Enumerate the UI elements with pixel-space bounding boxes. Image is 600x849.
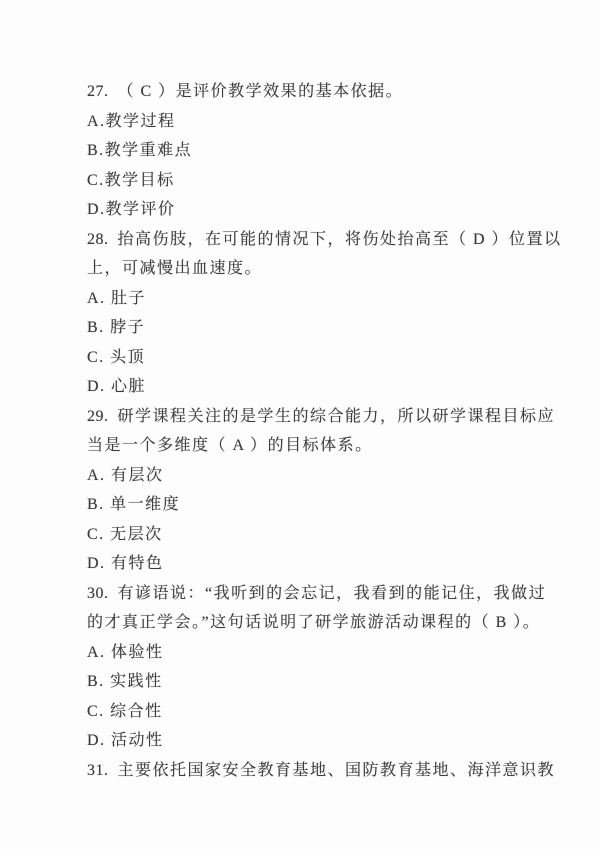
question-30-option-b: B. 实践性 <box>87 667 517 697</box>
question-30-stem-line-1: 30.有谚语说：“我听到的会忘记，我看到的能记住，我做过 <box>87 579 517 609</box>
question-28-option-a: A. 肚子 <box>87 284 517 314</box>
question-28-option-b: B. 脖子 <box>87 313 517 343</box>
question-30-number: 30. <box>87 579 109 609</box>
question-28-stem-text: 抬高伤肢，在可能的情况下，将伤处抬高至（ D ）位置以 <box>118 231 562 248</box>
question-29-stem-text: 研学课程关注的是学生的综合能力，所以研学课程目标应 <box>118 408 556 425</box>
question-30-option-c: C. 综合性 <box>87 697 517 727</box>
question-30-stem-text: 有谚语说：“我听到的会忘记，我看到的能记住，我做过 <box>118 585 547 602</box>
question-31: 31.主要依托国家安全教育基地、国防教育基地、海洋意识教 <box>87 756 517 786</box>
question-27: 27.（ C ）是评价教学效果的基本依据。 A.教学过程 B.教学重难点 C.教… <box>87 77 517 225</box>
question-30: 30.有谚语说：“我听到的会忘记，我看到的能记住，我做过 的才真正学会。”这句话… <box>87 579 517 756</box>
question-29-option-b: B. 单一维度 <box>87 490 517 520</box>
question-28-stem-line-2: 上，可减慢出血速度。 <box>87 254 517 284</box>
question-31-stem-text: 主要依托国家安全教育基地、国防教育基地、海洋意识教 <box>118 762 556 779</box>
question-29-option-d: D. 有特色 <box>87 549 517 579</box>
question-30-option-d: D. 活动性 <box>87 726 517 756</box>
question-27-option-a: A.教学过程 <box>87 107 517 137</box>
question-30-option-a: A. 体验性 <box>87 638 517 668</box>
question-30-stem-line-2: 的才真正学会。”这句话说明了研学旅游活动课程的（ B ）。 <box>87 608 517 638</box>
question-29: 29.研学课程关注的是学生的综合能力，所以研学课程目标应 当是一个多维度（ A … <box>87 402 517 579</box>
question-29-option-c: C. 无层次 <box>87 520 517 550</box>
question-28: 28.抬高伤肢，在可能的情况下，将伤处抬高至（ D ）位置以 上，可减慢出血速度… <box>87 225 517 402</box>
document-page: 27.（ C ）是评价教学效果的基本依据。 A.教学过程 B.教学重难点 C.教… <box>0 0 600 849</box>
question-28-number: 28. <box>87 225 109 255</box>
question-29-stem-line-2: 当是一个多维度（ A ）的目标体系。 <box>87 431 517 461</box>
question-27-stem-line-1: 27.（ C ）是评价教学效果的基本依据。 <box>87 77 517 107</box>
question-31-number: 31. <box>87 756 109 786</box>
question-27-option-c: C.教学目标 <box>87 166 517 196</box>
question-28-option-d: D. 心脏 <box>87 372 517 402</box>
question-28-option-c: C. 头顶 <box>87 343 517 373</box>
question-27-option-b: B.教学重难点 <box>87 136 517 166</box>
question-28-stem-line-1: 28.抬高伤肢，在可能的情况下，将伤处抬高至（ D ）位置以 <box>87 225 517 255</box>
question-27-number: 27. <box>87 77 109 107</box>
question-29-stem-line-1: 29.研学课程关注的是学生的综合能力，所以研学课程目标应 <box>87 402 517 432</box>
question-27-stem-text: （ C ）是评价教学效果的基本依据。 <box>118 83 404 100</box>
question-27-option-d: D.教学评价 <box>87 195 517 225</box>
question-31-stem-line-1: 31.主要依托国家安全教育基地、国防教育基地、海洋意识教 <box>87 756 517 786</box>
question-29-option-a: A. 有层次 <box>87 461 517 491</box>
question-29-number: 29. <box>87 402 109 432</box>
